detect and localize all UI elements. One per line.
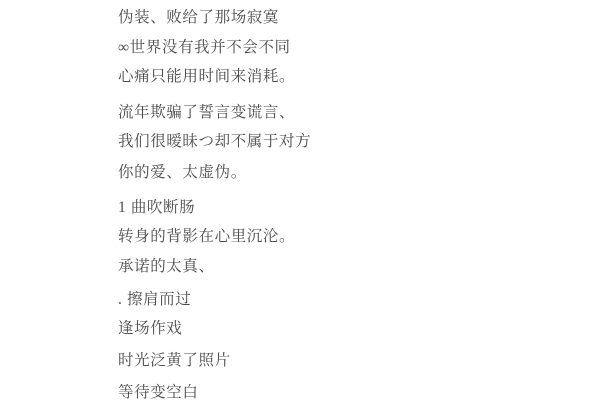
lyric-line: 你的爱、太虚伪。 <box>118 165 247 181</box>
lyric-line: 逢场作戏 <box>118 321 182 337</box>
lyric-line: 承诺的太真、 <box>118 259 215 275</box>
lyric-line: 心痛只能用时间来消耗。 <box>118 69 295 85</box>
lyric-line: . 擦肩而过 <box>118 292 191 308</box>
lyric-line: 时光泛黄了照片 <box>118 353 231 369</box>
lyric-line: 我们很暧昧つ却不属于对方 <box>118 134 311 150</box>
lyric-line: 等待变空白 <box>118 385 199 400</box>
lyric-line: 1 曲吹断肠 <box>118 200 195 216</box>
lyric-line: 流年欺骗了誓言变谎言、 <box>118 105 295 121</box>
lyric-line: ∞世界没有我并不会不同 <box>118 40 291 56</box>
lyric-line: 转身的背影在心里沉沦。 <box>118 229 295 245</box>
lyric-line: 伪装、败给了那场寂寞 <box>118 10 279 26</box>
document-page: 伪装、败给了那场寂寞 ∞世界没有我并不会不同 心痛只能用时间来消耗。 流年欺骗了… <box>0 0 600 400</box>
